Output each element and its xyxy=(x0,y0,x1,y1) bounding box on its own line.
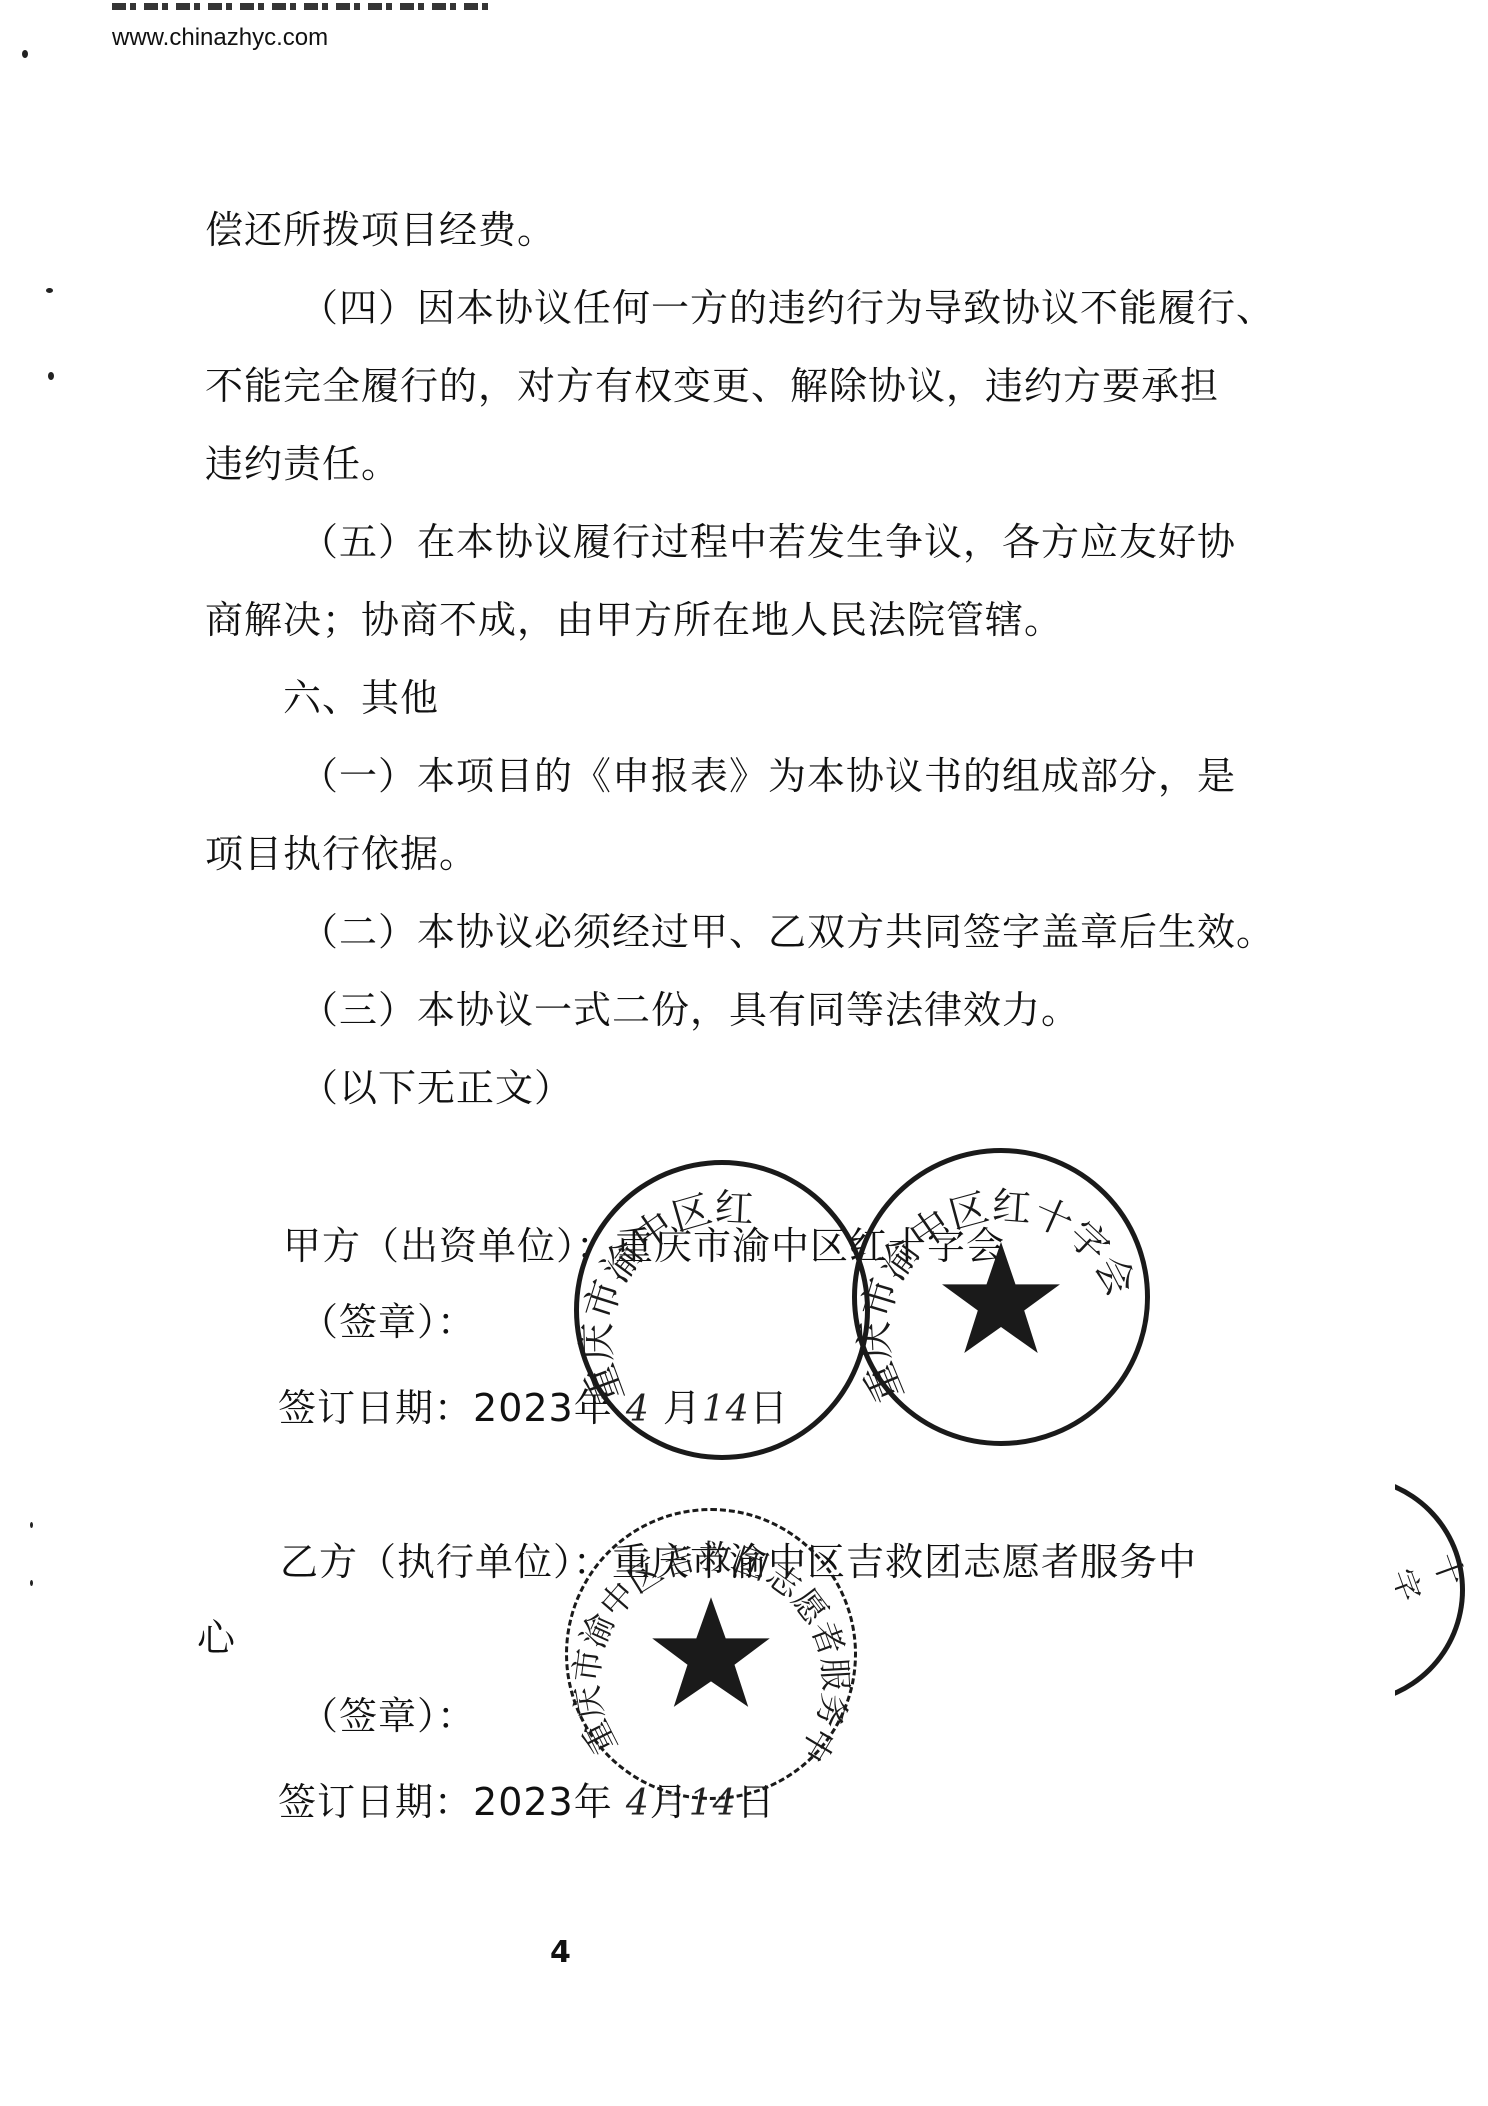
paragraph-line: （五）在本协议履行过程中若发生争议，各方应友好协 xyxy=(300,520,1236,564)
date-label: 签订日期： xyxy=(278,1780,473,1824)
official-seal-a1: 重庆市渝中区红 xyxy=(574,1160,870,1460)
official-seal-b: 重庆市渝中区吉救团志愿者服务中心 xyxy=(565,1508,857,1800)
scan-speck xyxy=(30,1580,33,1586)
paragraph-line: （以下无正文） xyxy=(300,1066,573,1110)
paragraph-line: 不能完全履行的，对方有权变更、解除协议，违约方要承担 xyxy=(205,364,1219,408)
paragraph-line: 商解决；协商不成，由甲方所在地人民法院管辖。 xyxy=(205,598,1063,642)
party-a-seal-label: （签章）： xyxy=(300,1300,476,1344)
partial-seal-edge: 十字 xyxy=(1395,1475,1465,1705)
paragraph-line: （四）因本协议任何一方的违约行为导致协议不能履行、 xyxy=(300,286,1275,330)
date-year: 2023 xyxy=(473,1780,574,1824)
seal-star-icon: 重庆市渝中区红十字会 xyxy=(857,1153,1145,1441)
section-heading: 六、其他 xyxy=(283,676,439,720)
header-cropped-title xyxy=(112,0,492,12)
document-page: www.chinazhyc.com 偿还所拨项目经费。 （四）因本协议任何一方的… xyxy=(0,0,1488,2106)
scan-speck xyxy=(46,288,53,293)
seal-text-icon: 重庆市渝中区红 xyxy=(579,1165,865,1455)
paragraph-line: 违约责任。 xyxy=(205,442,400,486)
paragraph-line: （一）本项目的《申报表》为本协议书的组成部分，是 xyxy=(300,754,1236,798)
header-url: www.chinazhyc.com xyxy=(112,24,328,52)
scan-speck xyxy=(22,50,28,58)
paragraph-line: 偿还所拨项目经费。 xyxy=(205,208,556,252)
page-number: 4 xyxy=(550,1935,571,1970)
official-seal-a2: 重庆市渝中区红十字会 xyxy=(852,1148,1150,1446)
paragraph-line: （二）本协议必须经过甲、乙双方共同签字盖章后生效。 xyxy=(300,910,1275,954)
party-a-label: 甲方（出资单位）： xyxy=(283,1224,615,1268)
party-b-seal-label: （签章）： xyxy=(300,1694,476,1738)
party-b-name-cont: 心 xyxy=(197,1616,236,1660)
date-label: 签订日期： xyxy=(278,1386,473,1430)
scan-speck xyxy=(30,1522,33,1528)
date-year: 2023 xyxy=(473,1386,574,1430)
party-b-label: 乙方（执行单位）： xyxy=(280,1540,612,1584)
seal-star-icon: 重庆市渝中区吉救团志愿者服务中心 xyxy=(568,1511,854,1797)
paragraph-line: （三）本协议一式二份，具有同等法律效力。 xyxy=(300,988,1080,1032)
paragraph-line: 项目执行依据。 xyxy=(205,832,478,876)
svg-text:重庆市渝中区红: 重庆市渝中区红 xyxy=(575,1186,755,1410)
scan-speck xyxy=(48,372,54,380)
